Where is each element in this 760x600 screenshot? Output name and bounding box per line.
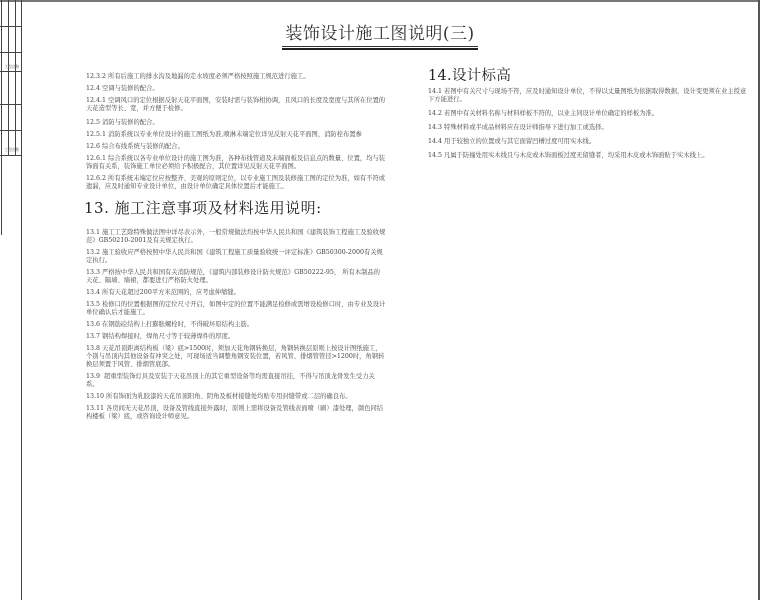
clause-13-2: 13.2 施工验收应严格按照中华人民共和国《建筑工程施工质量验收统一评定标准》G… <box>86 249 386 265</box>
strip-divider <box>0 52 22 53</box>
clause-14-3: 14.3 特殊材料或半成品材料应在设计师指导下进行加工或选择。 <box>428 124 748 132</box>
drawing-frame-top <box>0 0 760 2</box>
strip-border <box>21 0 22 600</box>
strip-divider <box>0 155 22 156</box>
clause-12-5: 12.5 消防与装修的配合。 <box>86 119 386 127</box>
title-block-strip: 工程名称 工程名称 <box>0 0 22 600</box>
clause-12-4-1: 12.4.1 空调风口的定位根据反射天花平面图，安装时需与装饰相协调，且风口的长… <box>86 97 386 113</box>
clause-13-6: 13.6 在钢筋砼结构上打膨胀螺栓时，不得破坏原结构主筋。 <box>86 321 386 329</box>
strip-label: 工程名称 <box>1 147 22 152</box>
clause-12-5-1: 12.5.1 消防系统以专业单位设计的施工图纸为准,喷淋末端定位详见反射天花平面… <box>86 131 386 139</box>
right-column: 14.设计标高 14.1 若图中有关尺寸与现场不符，应及时通知设计单位，不得以丈… <box>428 64 748 166</box>
clause-14-4: 14.4 用于较独立的位置或与其它面留凹槽过度可用实木线。 <box>428 138 748 146</box>
clause-13-11: 13.11 各房间无天花吊顶，设备及管线直接外露时，原则上需将设备及管线表面喷（… <box>86 405 386 421</box>
title-area: 装饰设计施工图说明(三) <box>0 19 760 47</box>
clause-13-8: 13.8 天花吊顶距离结构板（梁）底>1500时，须加天花角钢转换层，角钢转换层… <box>86 345 386 369</box>
clause-13-3: 13.3 严格按中华人民共和国有关消防规范，《建筑内部装修设计防火规范》GB50… <box>86 269 386 285</box>
clause-12-4: 12.4 空调与装修的配合。 <box>86 85 386 93</box>
clause-14-1: 14.1 若图中有关尺寸与现场不符，应及时通知设计单位，不得以丈量图纸为依据取得… <box>428 88 748 104</box>
strip-divider <box>0 104 22 105</box>
clause-13-1: 13.1 施工工艺除特殊做法图中详尽表示外，一般常规做法均按中华人民共和国《建筑… <box>86 229 386 245</box>
strip-label: 工程名称 <box>1 64 22 69</box>
clause-12-6: 12.6 综合布线系统与装修的配合。 <box>86 143 386 151</box>
clause-14-2: 14.2 若图中有关材料名称与材料样板不符的，以业主同设计单位确定的样板为准。 <box>428 110 748 118</box>
clause-12-6-2: 12.6.2 所有系统末端定位应按整齐、美观的原则定位，以专业施工图及装修施工图… <box>86 175 386 191</box>
strip-divider <box>0 130 22 131</box>
strip-divider <box>0 71 22 72</box>
clause-13-10: 13.10 所有饰面为乳胶漆的天花吊顶阳角、阴角及板材接缝处均贴专用封缝带或二层… <box>86 393 386 401</box>
clause-12-3-2: 12.3.2 所有后施工的排水沟及地漏的走水坡度必须严格按照施工规范进行施工。 <box>86 73 386 81</box>
clause-13-5: 13.5 检修口的位置根据图的定位尺寸开启，如图中定的位置不能满足检修或需增设检… <box>86 301 386 317</box>
clause-13-7: 13.7 钢结构焊接时，焊角尺寸等于较薄焊件的厚度。 <box>86 333 386 341</box>
section-13-heading: 13. 施工注意事项及材料选用说明: <box>84 197 386 218</box>
clause-13-4: 13.4 所有天花超过200平方米范围的，应考虑伸缩缝。 <box>86 289 386 297</box>
page-title: 装饰设计施工图说明(三) <box>282 19 477 47</box>
section-14-heading: 14.设计标高 <box>428 64 748 85</box>
clause-14-5: 14.5 凡属于防撞处用实木线且与木皮或木饰面板过度无留缝者，均采用木皮或木饰面… <box>428 152 748 160</box>
left-column: 12.3.2 所有后施工的排水沟及地漏的走水坡度必须严格按照施工规范进行施工。 … <box>86 73 386 425</box>
clause-12-6-1: 12.6.1 综合系统以各专业单位设计的施工图为准，各种布线管道及末端面板及信息… <box>86 155 386 171</box>
clause-13-9: 13.9 超重型装饰灯具及安装于天花吊顶上的其它重型设备等均需直接吊挂，不得与吊… <box>86 373 386 389</box>
